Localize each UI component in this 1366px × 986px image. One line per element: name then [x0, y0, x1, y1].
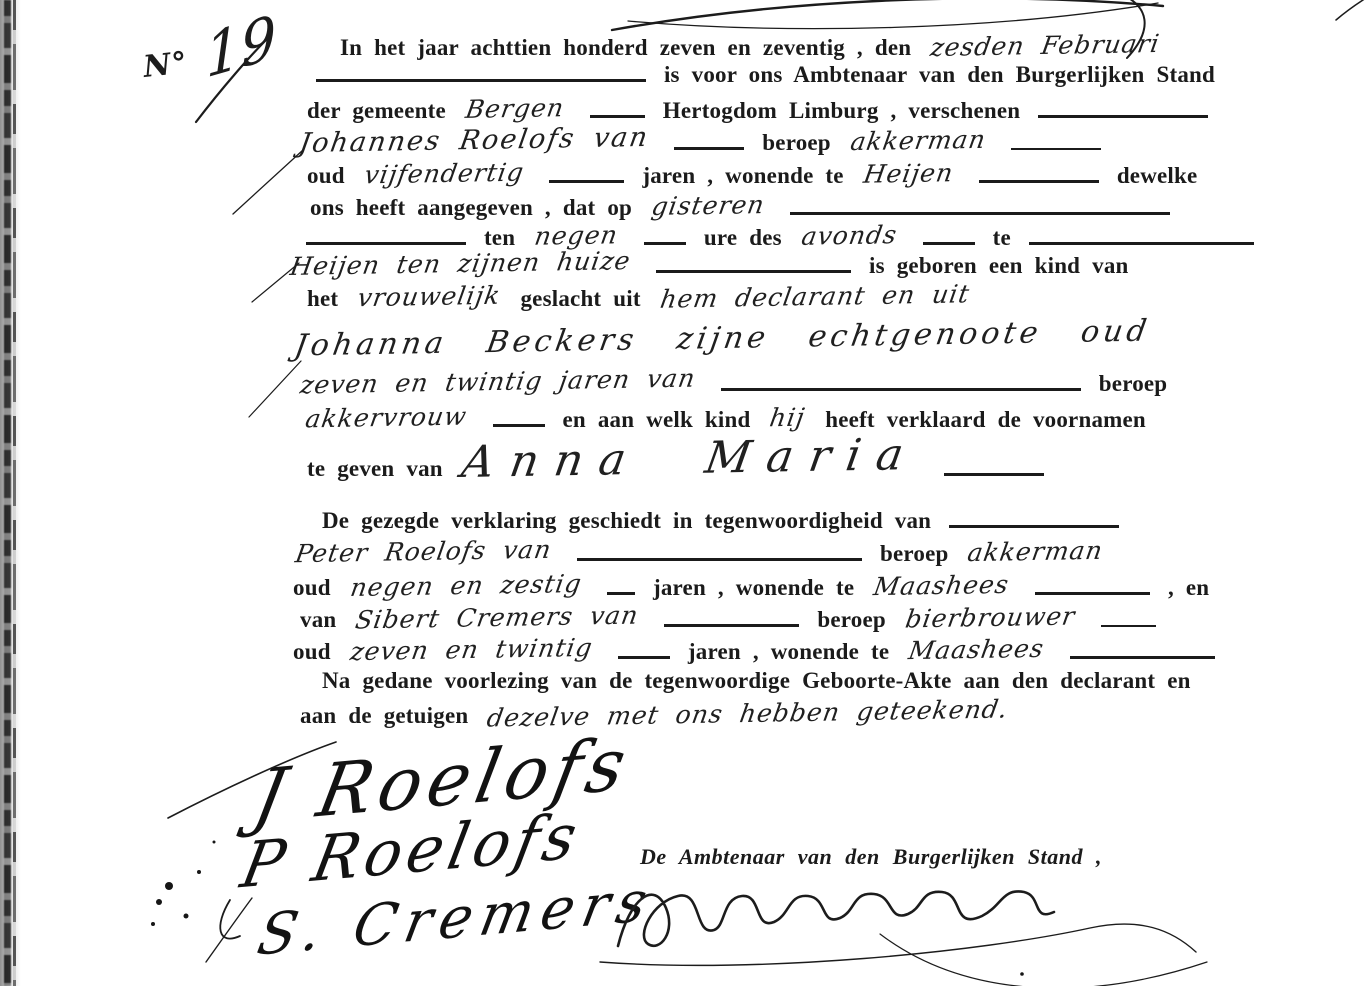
fill-line [1029, 231, 1254, 246]
printed-text: heeft verklaard de voornamen [825, 407, 1146, 432]
fill-line [549, 169, 624, 184]
printed-text: jaren , wonende te [653, 575, 854, 600]
fill-line [1038, 104, 1208, 119]
line-signing-clause: aan de getuigen dezelve met ons hebben g… [300, 700, 1016, 729]
printed-text: dewelke [1117, 163, 1198, 188]
handwritten-mother-name: Johanna Beckers zijne echtgenoote oud [292, 314, 1153, 364]
handwritten-day: gisteren [650, 190, 767, 221]
printed-text: en aan welk kind [562, 407, 750, 432]
line-official-intro: is voor ons Ambtenaar van den Burgerlijk… [310, 62, 1215, 88]
line-reading-clause: Na gedane voorlezing van de tegenwoordig… [322, 668, 1191, 694]
printed-text: oud [307, 163, 345, 188]
officer-title: De Ambtenaar van den Burgerlijken Stand … [640, 844, 1102, 870]
printed-text: beroep [880, 541, 949, 566]
handwritten-witness2-residence: Maashees [907, 634, 1047, 665]
printed-text: geslacht uit [520, 286, 640, 311]
line-declaration-day: ons heeft aangegeven , dat op gisteren [310, 192, 1176, 221]
fill-line [979, 169, 1099, 184]
printed-text: De gezegde verklaring geschiedt in tegen… [322, 508, 931, 533]
line-witness-intro: De gezegde verklaring geschiedt in tegen… [322, 508, 1125, 534]
handwritten-residence: Heijen [861, 158, 955, 189]
handwritten-parent-ref: hem declarant en uit [658, 279, 972, 313]
printed-text: beroep [762, 130, 831, 155]
act-number-value: 19 [204, 2, 277, 92]
line-witness2-name: van Sibert Cremers van beroep bierbrouwe… [300, 604, 1162, 633]
fill-line [316, 68, 646, 83]
fill-line [644, 231, 686, 246]
printed-text: beroep [1099, 371, 1168, 396]
printed-text: ure des [704, 225, 782, 250]
fill-line [1035, 581, 1150, 596]
birth-certificate-scan: N° 19 In het jaar achttien honderd zeven… [0, 0, 1366, 986]
printed-text: is geboren een kind van [869, 253, 1129, 278]
fill-line [944, 462, 1044, 477]
line-birth-place: Heijen ten zijnen huize is geboren een k… [283, 250, 1129, 279]
line-witness1-age: oud negen en zestig jaren , wonende te M… [293, 572, 1209, 601]
act-number-prefix: N° [142, 46, 190, 85]
handwritten-child-name: Anna Maria [458, 429, 923, 488]
pen-flourish-top [612, 0, 1163, 30]
line-declarant-name: Johannes Roelofs van beroep akkerman [292, 126, 1107, 157]
printed-text: der gemeente [307, 98, 446, 123]
handwritten-municipality: Bergen [463, 93, 566, 124]
fill-line [949, 514, 1119, 529]
line-child-name: te geven van Anna Maria [307, 436, 1050, 487]
printed-text: oud [293, 639, 331, 664]
handwritten-mother-age: zeven en twintig jaren van [298, 364, 698, 400]
handwritten-date: zesden Februari [929, 29, 1163, 62]
line-mother-name: Johanna Beckers zijne echtgenoote oud [288, 322, 1157, 357]
line-mother-occupation: akkervrouw en aan welk kind hij heeft ve… [298, 404, 1146, 433]
handwritten-birthplace: Heijen ten zijnen huize [288, 246, 633, 281]
line-birth-time: ten negen ure des avonds te [300, 222, 1260, 251]
handwritten-witness1-age: negen en zestig [348, 569, 584, 602]
printed-text: beroep [817, 607, 886, 632]
printed-text: is voor ons Ambtenaar van den Burgerlijk… [664, 62, 1215, 87]
handwritten-witness2-age: zeven en twintig [348, 633, 595, 666]
book-binding-edge [0, 0, 26, 986]
printed-text: Na gedane voorlezing van de tegenwoordig… [322, 668, 1191, 693]
fill-line [493, 413, 545, 428]
line-declarant-age: oud vijfendertig jaren , wonende te Heij… [307, 160, 1197, 189]
printed-text: van [300, 607, 336, 632]
handwritten-declarant-name: Johannes Roelofs van [297, 122, 651, 159]
fill-line [1011, 137, 1101, 151]
handwritten-witness2-name: Sibert Cremers van [354, 601, 642, 635]
fill-line [618, 645, 670, 660]
fill-line [790, 201, 1170, 216]
act-number: N° 19 [139, 9, 282, 91]
fill-line [664, 613, 799, 628]
printed-text: te geven van [307, 456, 443, 481]
line-witness2-age: oud zeven en twintig jaren , wonende te … [293, 636, 1221, 665]
fill-line [674, 136, 744, 151]
margin-stroke [220, 900, 240, 939]
fill-line [1101, 614, 1156, 628]
printed-text: jaren , wonende te [642, 163, 843, 188]
margin-stroke [233, 150, 303, 214]
printed-text: oud [293, 575, 331, 600]
printed-text: aan de getuigen [300, 703, 468, 728]
printed-text: ten [484, 225, 515, 250]
handwritten-occupation: akkerman [848, 125, 988, 156]
line-witness1-name: Peter Roelofs van beroep akkerman [288, 538, 1111, 567]
margin-stroke [206, 898, 252, 962]
fill-line [656, 259, 851, 274]
fill-line [1070, 645, 1215, 660]
handwritten-witness1-residence: Maashees [872, 570, 1012, 601]
fill-line [590, 104, 645, 119]
printed-text: het [307, 286, 338, 311]
line-municipality: der gemeente Bergen Hertogdom Limburg , … [307, 95, 1214, 124]
printed-text: ons heeft aangegeven , dat op [310, 195, 632, 220]
printed-text: jaren , wonende te [688, 639, 889, 664]
handwritten-insert: hij [768, 403, 808, 433]
line-mother-age: zeven en twintig jaren van beroep [293, 368, 1167, 397]
pen-flourish-top [628, 3, 1158, 29]
handwritten-witness2-occupation: bierbrouwer [903, 602, 1077, 634]
printed-text: Hertogdom Limburg , verschenen [663, 98, 1020, 123]
fill-line [721, 377, 1081, 392]
line-child-sex: het vrouwelijk geslacht uit hem declaran… [307, 283, 977, 312]
printed-text: In het jaar achttien honderd zeven en ze… [340, 35, 911, 60]
fill-line [607, 581, 635, 596]
officer-signature [600, 891, 1207, 986]
handwritten-witness1-name: Peter Roelofs van [293, 535, 553, 568]
printed-text: te [993, 225, 1011, 250]
handwritten-daypart: avonds [799, 220, 899, 251]
fill-line [923, 231, 975, 246]
handwritten-sex: vrouwelijk [356, 281, 503, 312]
fill-line [306, 231, 466, 246]
handwritten-witness1-occupation: akkerman [966, 536, 1106, 567]
printed-text: , en [1168, 575, 1209, 600]
handwritten-mother-occupation: akkervrouw [303, 402, 469, 434]
pen-flourish-top [1336, 0, 1366, 20]
handwritten-age: vijfendertig [362, 158, 526, 190]
line-year-date: In het jaar achttien honderd zeven en ze… [340, 32, 1168, 61]
fill-line [577, 547, 862, 562]
